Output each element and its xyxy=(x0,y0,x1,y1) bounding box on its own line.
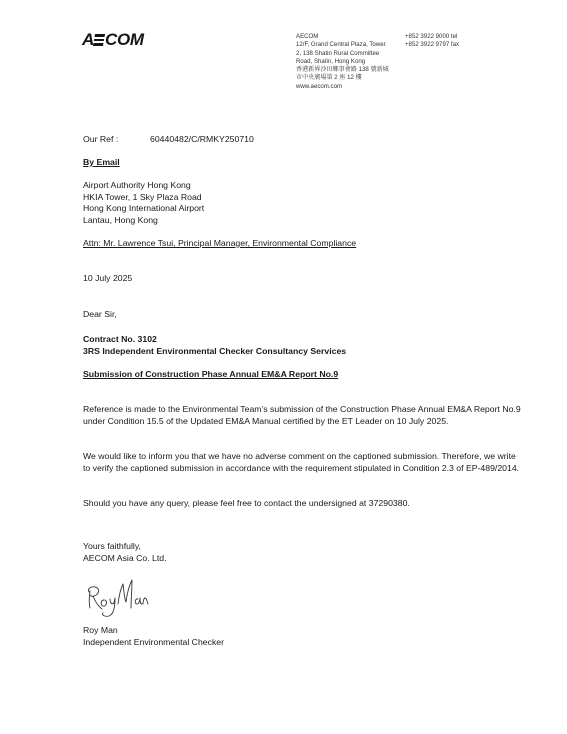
address-line-chinese: 市中央廣場第 2 座 12 樓 xyxy=(296,74,406,82)
address-line: Road, Shatin, Hong Kong xyxy=(296,58,406,66)
aecom-logo: A COM xyxy=(82,30,144,50)
attention-line: Attn: Mr. Lawrence Tsui, Principal Manag… xyxy=(83,238,356,250)
reference-label: Our Ref : xyxy=(83,134,118,146)
salutation: Dear Sir, xyxy=(83,309,117,321)
body-paragraph-contact: Should you have any query, please feel f… xyxy=(83,498,523,510)
recipient-address: Airport Authority Hong Kong HKIA Tower, … xyxy=(83,180,204,226)
fax-number: +852 3922 9797 fax xyxy=(405,41,505,49)
body-paragraph-reference: Reference is made to the Environmental T… xyxy=(83,404,523,427)
recipient-line: Hong Kong International Airport xyxy=(83,203,204,215)
website-link[interactable]: www.aecom.com xyxy=(296,83,406,91)
contract-number: Contract No. 3102 xyxy=(83,334,346,346)
company-name: AECOM Asia Co. Ltd. xyxy=(83,553,167,565)
address-line: 2, 138 Shatin Rural Committee xyxy=(296,50,406,58)
logo-letters-com: COM xyxy=(105,30,144,50)
contract-title: 3RS Independent Environmental Checker Co… xyxy=(83,346,346,358)
delivery-method: By Email xyxy=(83,157,120,169)
logo-e-bars-icon xyxy=(93,34,105,46)
logo-letter-a: A xyxy=(82,30,94,50)
recipient-line: Lantau, Hong Kong xyxy=(83,215,204,227)
closing: Yours faithfully, AECOM Asia Co. Ltd. xyxy=(83,541,167,564)
telephone-number: +852 3922 9000 tel xyxy=(405,33,505,41)
letter-subject: Submission of Construction Phase Annual … xyxy=(83,369,338,381)
recipient-line: Airport Authority Hong Kong xyxy=(83,180,204,192)
letterhead-contact: +852 3922 9000 tel +852 3922 9797 fax xyxy=(405,33,505,50)
letterhead-address: AECOM 12/F, Grand Central Plaza, Tower 2… xyxy=(296,33,406,91)
signer-name: Roy Man xyxy=(83,625,224,637)
recipient-line: HKIA Tower, 1 Sky Plaza Road xyxy=(83,192,204,204)
address-line: AECOM xyxy=(296,33,406,41)
contract-heading: Contract No. 3102 3RS Independent Enviro… xyxy=(83,334,346,357)
signer-title: Independent Environmental Checker xyxy=(83,637,224,649)
reference-number: 60440482/C/RMKY250710 xyxy=(150,134,254,146)
address-line: 12/F, Grand Central Plaza, Tower xyxy=(296,41,406,49)
signer-block: Roy Man Independent Environmental Checke… xyxy=(83,625,224,648)
body-paragraph-verification: We would like to inform you that we have… xyxy=(83,451,523,474)
complimentary-close: Yours faithfully, xyxy=(83,541,167,553)
signature-icon xyxy=(83,578,163,620)
letter-date: 10 July 2025 xyxy=(83,273,132,285)
